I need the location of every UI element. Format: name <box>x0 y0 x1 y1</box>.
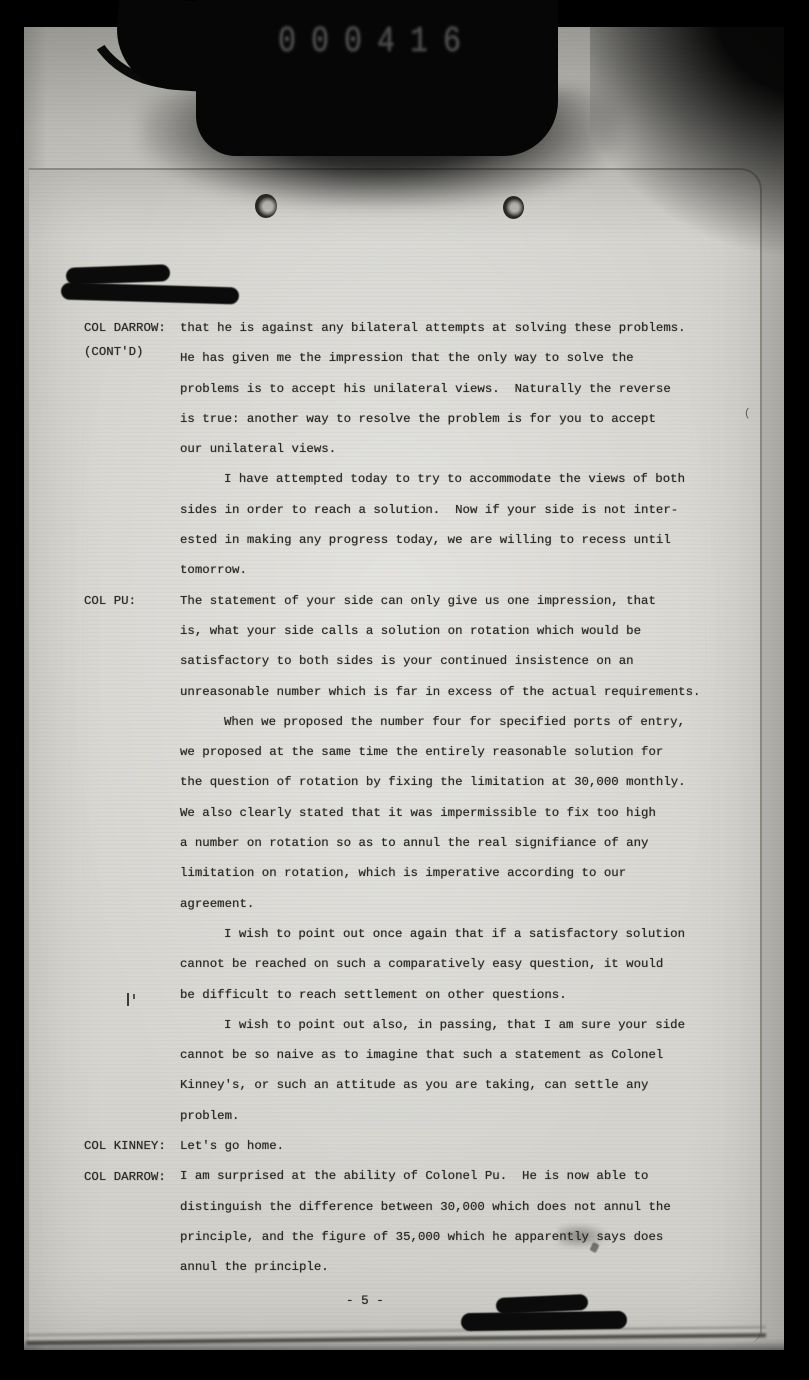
microfilm-frame: 000416 COL DARROW: (CONT'D)that he is ag… <box>0 0 809 1380</box>
transcript-text: Let's go home. <box>180 1131 284 1161</box>
stray-mark <box>133 994 135 999</box>
transcript-line: a number on rotation so as to annul the … <box>84 828 749 858</box>
transcript-text: I wish to point out once again that if a… <box>224 919 685 949</box>
transcript-text: unreasonable number which is far in exce… <box>180 677 701 707</box>
transcript-text: sides in order to reach a solution. Now … <box>180 495 678 525</box>
transcript: COL DARROW: (CONT'D)that he is against a… <box>84 313 749 1283</box>
transcript-line: problem. <box>84 1101 749 1131</box>
transcript-text: I am surprised at the ability of Colonel… <box>180 1161 648 1191</box>
transcript-text: agreement. <box>180 889 254 919</box>
transcript-text: cannot be reached on such a comparativel… <box>180 949 663 979</box>
transcript-text: We also clearly stated that it was imper… <box>180 798 656 828</box>
stray-mark <box>127 993 129 1006</box>
film-edge-left <box>0 0 24 1380</box>
transcript-text: distinguish the difference between 30,00… <box>180 1192 671 1222</box>
transcript-line: I have attempted today to try to accommo… <box>84 464 749 494</box>
transcript-text: our unilateral views. <box>180 434 336 464</box>
transcript-line: the question of rotation by fixing the l… <box>84 767 749 797</box>
transcript-line: I wish to point out once again that if a… <box>84 919 749 949</box>
transcript-text: I wish to point out also, in passing, th… <box>224 1010 685 1040</box>
transcript-line: limitation on rotation, which is imperat… <box>84 858 749 888</box>
transcript-line: COL PU:The statement of your side can on… <box>84 586 749 616</box>
transcript-line: problems is to accept his unilateral vie… <box>84 374 749 404</box>
transcript-line: COL KINNEY:Let's go home. <box>84 1131 749 1161</box>
transcript-line: we proposed at the same time the entirel… <box>84 737 749 767</box>
transcript-text: be difficult to reach settlement on othe… <box>180 980 567 1010</box>
transcript-text: we proposed at the same time the entirel… <box>180 737 663 767</box>
transcript-line: tomorrow. <box>84 555 749 585</box>
transcript-line: distinguish the difference between 30,00… <box>84 1192 749 1222</box>
corner-shadow <box>590 0 809 260</box>
speaker-label: COL PU: <box>84 589 136 613</box>
transcript-line: sides in order to reach a solution. Now … <box>84 495 749 525</box>
transcript-line: satisfactory to both sides is your conti… <box>84 646 749 676</box>
ink-smudge <box>558 1223 610 1249</box>
transcript-line: agreement. <box>84 889 749 919</box>
transcript-text: the question of rotation by fixing the l… <box>180 767 686 797</box>
frame-counter-digits: 000416 <box>278 22 476 63</box>
transcript-text: When we proposed the number four for spe… <box>224 707 685 737</box>
transcript-text: cannot be so naive as to imagine that su… <box>180 1040 663 1070</box>
film-edge-bottom <box>0 1350 809 1380</box>
transcript-text: annul the principle. <box>180 1252 329 1282</box>
transcript-text: is true: another way to resolve the prob… <box>180 404 656 434</box>
page-number: - 5 - <box>346 1294 384 1308</box>
speaker-label: COL KINNEY: <box>84 1134 166 1158</box>
transcript-text: Kinney's, or such an attitude as you are… <box>180 1070 648 1100</box>
transcript-text: The statement of your side can only give… <box>180 586 656 616</box>
transcript-line: principle, and the figure of 35,000 whic… <box>84 1222 749 1252</box>
transcript-line: our unilateral views. <box>84 434 749 464</box>
transcript-line: ested in making any progress today, we a… <box>84 525 749 555</box>
transcript-text: problem. <box>180 1101 240 1131</box>
transcript-text: limitation on rotation, which is imperat… <box>180 858 626 888</box>
transcript-line: cannot be so naive as to imagine that su… <box>84 1040 749 1070</box>
transcript-line: When we proposed the number four for spe… <box>84 707 749 737</box>
transcript-line: COL DARROW: (CONT'D)that he is against a… <box>84 313 749 343</box>
transcript-text: is, what your side calls a solution on r… <box>180 616 641 646</box>
transcript-line: I wish to point out also, in passing, th… <box>84 1010 749 1040</box>
transcript-line: is, what your side calls a solution on r… <box>84 616 749 646</box>
redaction-bar <box>66 264 171 285</box>
transcript-line: annul the principle. <box>84 1252 749 1282</box>
transcript-line: He has given me the impression that the … <box>84 343 749 373</box>
transcript-text: tomorrow. <box>180 555 247 585</box>
transcript-text: I have attempted today to try to accommo… <box>224 464 685 494</box>
transcript-text: that he is against any bilateral attempt… <box>180 313 686 343</box>
transcript-line: Kinney's, or such an attitude as you are… <box>84 1070 749 1100</box>
transcript-text: problems is to accept his unilateral vie… <box>180 374 671 404</box>
redaction-bar <box>461 1311 627 1331</box>
stray-mark: ( <box>744 408 751 420</box>
transcript-text: satisfactory to both sides is your conti… <box>180 646 634 676</box>
transcript-line: unreasonable number which is far in exce… <box>84 677 749 707</box>
transcript-line: We also clearly stated that it was imper… <box>84 798 749 828</box>
transcript-text: a number on rotation so as to annul the … <box>180 828 648 858</box>
transcript-line: be difficult to reach settlement on othe… <box>84 980 749 1010</box>
transcript-line: COL DARROW:I am surprised at the ability… <box>84 1161 749 1191</box>
transcript-text: ested in making any progress today, we a… <box>180 525 671 555</box>
speaker-label: COL DARROW: <box>84 1165 166 1189</box>
transcript-line: is true: another way to resolve the prob… <box>84 404 749 434</box>
transcript-line: cannot be reached on such a comparativel… <box>84 949 749 979</box>
transcript-text: He has given me the impression that the … <box>180 343 634 373</box>
